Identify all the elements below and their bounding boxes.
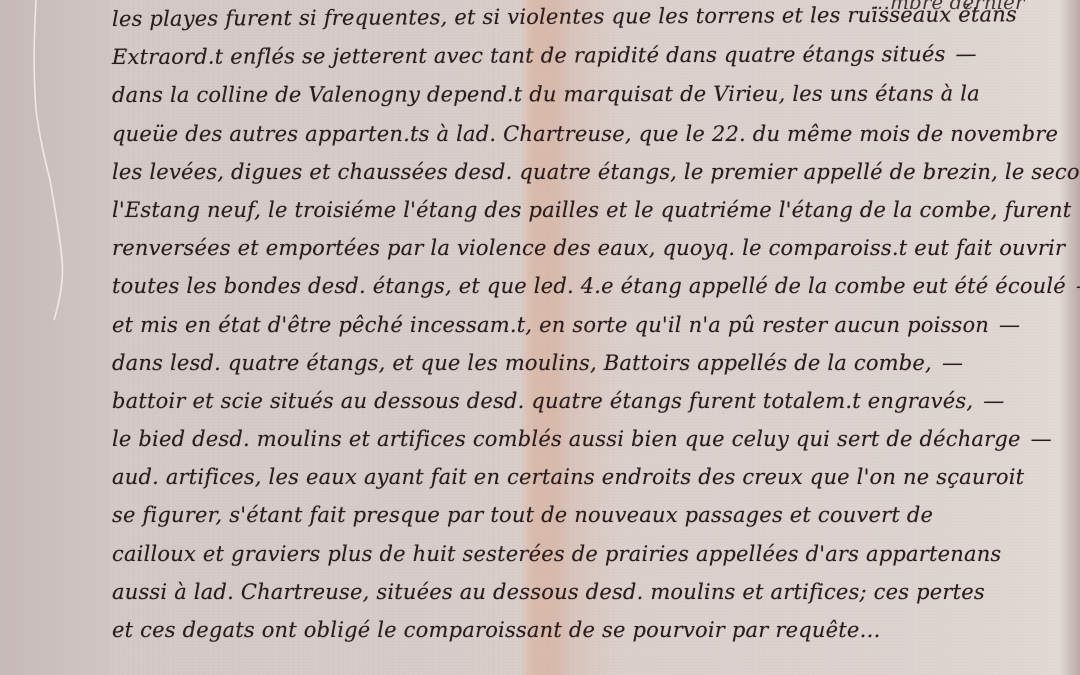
manuscript-line-6: l'Estang neuf, le troisiéme l'étang des … bbox=[112, 191, 1042, 229]
paper-tear-line bbox=[0, 0, 110, 675]
manuscript-line-4: queüe des autres apparten.ts à lad. Char… bbox=[112, 115, 1042, 153]
manuscript-line-2: Extraord.t enflés se jetterent avec tant… bbox=[112, 35, 1042, 76]
manuscript-line-7: renversées et emportées par la violence … bbox=[112, 229, 1042, 267]
manuscript-line-17: et ces degats ont obligé le comparoissan… bbox=[112, 611, 1042, 649]
manuscript-line-13: aud. artifices, les eaux ayant fait en c… bbox=[112, 458, 1042, 496]
manuscript-line-14: se figurer, s'étant fait presque par tou… bbox=[112, 496, 1042, 534]
page-edge bbox=[1058, 0, 1080, 675]
handwritten-text-block: les playes furent si frequentes, et si v… bbox=[112, 0, 1042, 649]
manuscript-line-9: et mis en état d'être pêché incessam.t, … bbox=[112, 306, 1042, 344]
manuscript-line-8: toutes les bondes desd. étangs, et que l… bbox=[112, 267, 1042, 305]
manuscript-line-10: dans lesd. quatre étangs, et que les mou… bbox=[112, 344, 1042, 382]
manuscript-photo: …mbre dernier les playes furent si frequ… bbox=[0, 0, 1080, 675]
manuscript-line-3: dans la colline de Valenogny depend.t du… bbox=[112, 75, 1042, 115]
manuscript-line-16: aussi à lad. Chartreuse, situées au dess… bbox=[112, 573, 1042, 611]
manuscript-line-11: battoir et scie situés au dessous desd. … bbox=[112, 382, 1042, 420]
manuscript-line-1: les playes furent si frequentes, et si v… bbox=[112, 0, 1042, 38]
manuscript-line-12: le bied desd. moulins et artifices combl… bbox=[112, 420, 1042, 458]
manuscript-line-15: cailloux et graviers plus de huit sester… bbox=[112, 535, 1042, 573]
manuscript-line-5: les levées, digues et chaussées desd. qu… bbox=[112, 153, 1042, 191]
